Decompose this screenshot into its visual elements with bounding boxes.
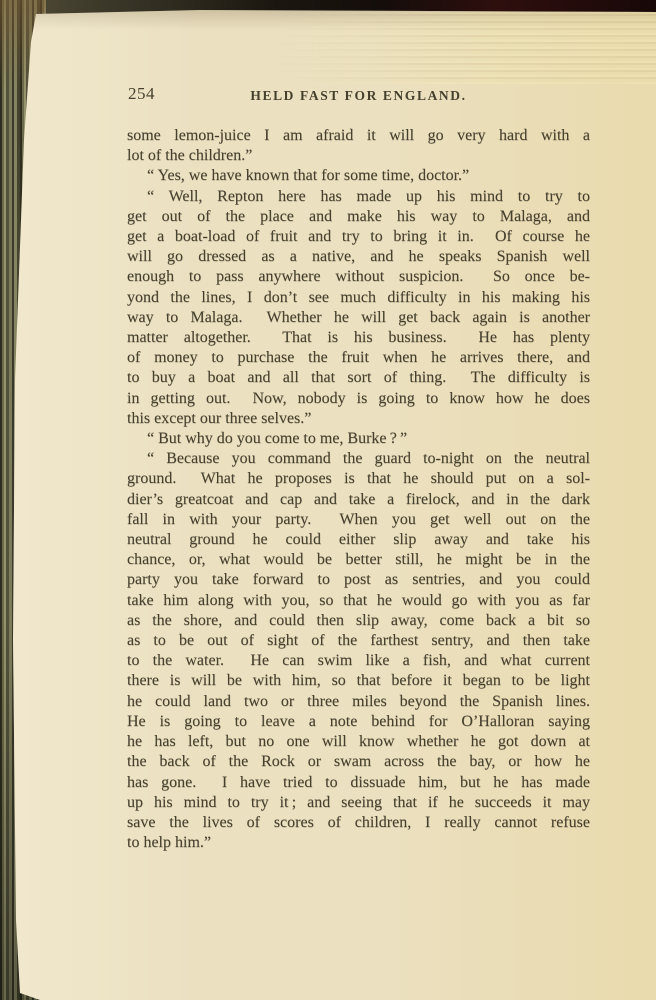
text-line: up his mind to try it ; and seeing that … — [127, 793, 590, 813]
scanned-book-page-view: 254 HELD FAST FOR ENGLAND. some lemon-ju… — [0, 0, 656, 1000]
text-line: get out of the place and make his way to… — [127, 207, 590, 227]
text-line: “ But why do you come to me, Burke ? ” — [127, 429, 590, 449]
text-line: to the water. He can swim like a fish, a… — [127, 651, 590, 671]
text-line: the back of the Rock or swam across the … — [127, 752, 590, 772]
text-line: “ Yes, we have known that for some time,… — [127, 166, 590, 186]
text-line: enough to pass anywhere without suspicio… — [127, 267, 590, 287]
text-line: he has left, but no one will know whethe… — [127, 732, 590, 752]
text-line: this except our three selves.” — [127, 409, 590, 429]
page-block-fore-edge — [276, 12, 656, 84]
text-line: “ Because you command the guard to-night… — [127, 449, 590, 469]
text-line: dier’s greatcoat and cap and take a fire… — [127, 490, 590, 510]
running-header-title: HELD FAST FOR ENGLAND. — [127, 88, 590, 104]
text-line: “ Well, Repton here has made up his mind… — [127, 187, 590, 207]
text-line: yond the lines, I don’t see much difficu… — [127, 288, 590, 308]
text-line: there is will be with him, so that befor… — [127, 671, 590, 691]
text-line: has gone. I have tried to dissuade him, … — [127, 773, 590, 793]
text-line: way to Malaga. Whether he will get back … — [127, 308, 590, 328]
text-line: get a boat-load of fruit and try to brin… — [127, 227, 590, 247]
text-line: to buy a boat and all that sort of thing… — [127, 368, 590, 388]
text-line: neutral ground he could either slip away… — [127, 530, 590, 550]
text-line: of money to purchase the fruit when he a… — [127, 348, 590, 368]
text-line: as the shore, and could then slip away, … — [127, 611, 590, 631]
text-line: matter altogether. That is his business.… — [127, 328, 590, 348]
text-line: chance, or, what would be better still, … — [127, 550, 590, 570]
text-line: to help him.” — [127, 833, 590, 853]
text-line: as to be out of sight of the farthest se… — [127, 631, 590, 651]
text-line: ground. What he proposes is that he shou… — [127, 469, 590, 489]
text-line: in getting out. Now, nobody is going to … — [127, 389, 590, 409]
text-line: fall in with your party. When you get we… — [127, 510, 590, 530]
text-line: take him along with you, so that he woul… — [127, 591, 590, 611]
text-line: He is going to leave a note behind for O… — [127, 712, 590, 732]
text-line: some lemon-juice I am afraid it will go … — [127, 126, 590, 146]
text-line: save the lives of scores of children, I … — [127, 813, 590, 833]
page-body-text: some lemon-juice I am afraid it will go … — [127, 126, 590, 853]
book-page: 254 HELD FAST FOR ENGLAND. some lemon-ju… — [0, 0, 656, 1000]
text-line: party you take forward to post as sentri… — [127, 570, 590, 590]
text-line: lot of the children.” — [127, 146, 590, 166]
text-line: will go dressed as a native, and he spea… — [127, 247, 590, 267]
text-line: he could land two or three miles beyond … — [127, 692, 590, 712]
